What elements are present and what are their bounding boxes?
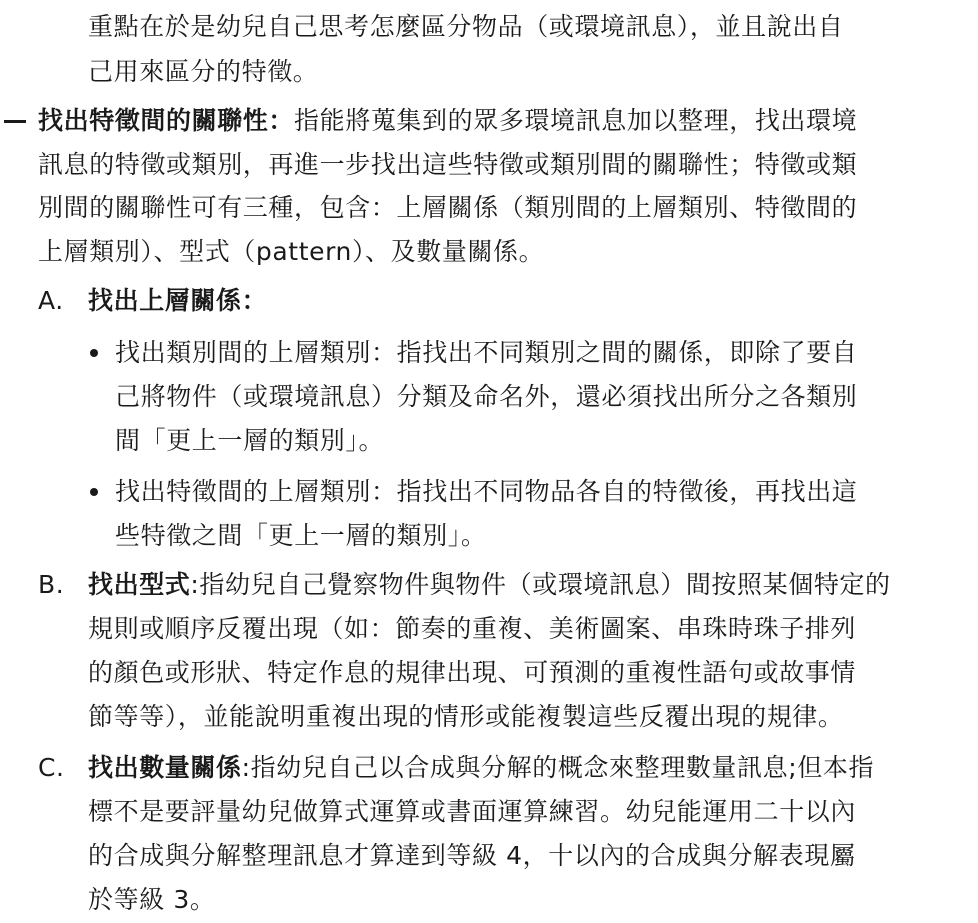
bullet-icon xyxy=(90,488,98,496)
item-c-line-3: 的合成與分解整理訊息才算達到等級 4，十以內的合成與分解表現屬 xyxy=(88,841,855,871)
item-a-label: A. xyxy=(38,286,64,316)
item-c-line-2: 標不是要評量幼兒做算式運算或書面運算練習。幼兒能運用二十以內 xyxy=(88,797,856,827)
bullet-icon xyxy=(90,349,98,357)
item-b-line-1: 找出型式:指幼兒自己覺察物件與物件（或環境訊息）間按照某個特定的 xyxy=(88,570,891,600)
item-b-line-4: 節等等），並能說明重複出現的情形或能複製這些反覆出現的規律。 xyxy=(88,702,844,732)
item-c-line-4: 於等級 3。 xyxy=(88,885,215,915)
item-c-text: :指幼兒自己以合成與分解的概念來整理數量訊息;但本指 xyxy=(242,753,874,782)
intro-line-2: 己用來區分的特徵。 xyxy=(88,57,318,87)
item-b-title: 找出型式 xyxy=(88,570,190,599)
item-a-title-text: 找出上層關係： xyxy=(88,286,267,315)
item-c-title: 找出數量關係 xyxy=(88,753,242,782)
section-title: 找出特徵間的關聯性： xyxy=(38,106,294,135)
bullet-a2-line-1: 找出特徵間的上層類別：指找出不同物品各自的特徵後，再找出這 xyxy=(115,477,857,507)
item-b-text: :指幼兒自己覺察物件與物件（或環境訊息）間按照某個特定的 xyxy=(190,570,890,599)
section-text: 指能將蒐集到的眾多環境訊息加以整理，找出環境 xyxy=(294,106,857,135)
item-a-title: 找出上層關係： xyxy=(88,286,267,316)
dash-marker-icon xyxy=(4,120,26,123)
bullet-a1-line-2: 己將物件（或環境訊息）分類及命名外，還必須找出所分之各類別 xyxy=(115,382,857,412)
intro-line-1: 重點在於是幼兒自己思考怎麼區分物品（或環境訊息），並且說出自 xyxy=(88,12,844,42)
section-line-3: 別間的關聯性可有三種，包含：上層關係（類別間的上層類別、特徵間的 xyxy=(38,193,857,223)
section-line-2: 訊息的特徵或類別，再進一步找出這些特徵或類別間的關聯性；特徵或類 xyxy=(38,150,857,180)
section-line-1: 找出特徵間的關聯性：指能將蒐集到的眾多環境訊息加以整理，找出環境 xyxy=(38,106,857,136)
item-c-line-1: 找出數量關係:指幼兒自己以合成與分解的概念來整理數量訊息;但本指 xyxy=(88,753,874,783)
item-b-line-3: 的顏色或形狀、特定作息的規律出現、可預測的重複性語句或故事情 xyxy=(88,658,856,688)
item-b-line-2: 規則或順序反覆出現（如：節奏的重複、美術圖案、串珠時珠子排列 xyxy=(88,614,856,644)
item-b-label: B. xyxy=(38,570,64,600)
bullet-a2-line-2: 些特徵之間「更上一層的類別」。 xyxy=(115,521,487,551)
bullet-a1-line-3: 間「更上一層的類別」。 xyxy=(115,426,384,456)
section-line-4: 上層類別）、型式（pattern）、及數量關係。 xyxy=(38,237,544,267)
bullet-a1-line-1: 找出類別間的上層類別：指找出不同類別之間的關係，即除了要自 xyxy=(115,338,857,368)
item-c-label: C. xyxy=(38,753,65,783)
